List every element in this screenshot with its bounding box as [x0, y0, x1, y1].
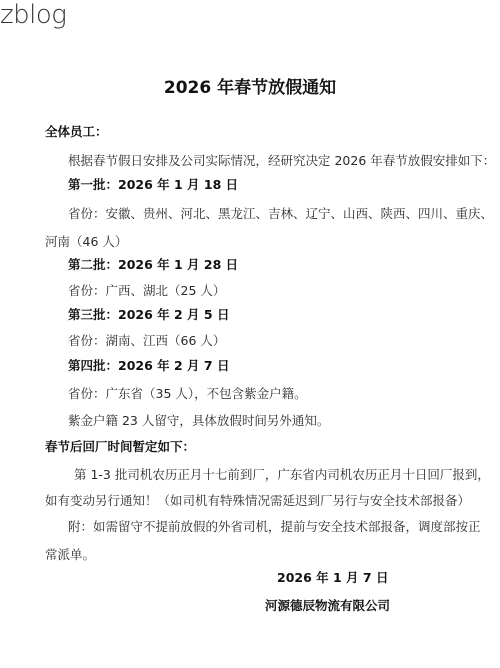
salutation: 全体员工： [45, 123, 108, 141]
signature-date: 2026 年 1 月 7 日 [277, 569, 388, 587]
document-title: 2026 年春节放假通知 [0, 76, 500, 100]
appendix-line1: 附：如需留守不提前放假的外省司机，提前与安全技术部报备，调度部按正 [68, 518, 481, 536]
batch-3-provinces: 省份：湖南、江西（66 人） [68, 332, 225, 350]
batch-1-heading: 第一批：2026 年 1 月 18 日 [68, 176, 238, 194]
batch-4-heading: 第四批：2026 年 2 月 7 日 [68, 357, 229, 375]
batch-2-provinces: 省份：广西、湖北（25 人） [68, 282, 225, 300]
batch-1-provinces: 省份：安徽、贵州、河北、黑龙江、吉林、辽宁、山西、陕西、四川、重庆、 [68, 205, 493, 223]
intro-paragraph: 根据春节假日安排及公司实际情况，经研究决定 2026 年春节放假安排如下： [68, 152, 495, 170]
return-heading: 春节后回厂时间暂定如下： [45, 438, 195, 456]
return-paragraph-line2: 如有变动另行通知！（如司机有特殊情况需延迟到厂另行与安全技术部报备） [45, 492, 470, 510]
appendix-line2: 常派单。 [45, 546, 95, 564]
batch-1-provinces-cont: 河南（46 人） [45, 233, 127, 251]
batch-3-heading: 第三批：2026 年 2 月 5 日 [68, 306, 229, 324]
return-paragraph-line1: 第 1-3 批司机农历正月十七前到厂，广东省内司机农历正月十日回厂报到， [74, 466, 490, 484]
signature-company: 河源德辰物流有限公司 [265, 597, 390, 615]
batch-4-provinces: 省份：广东省（35 人），不包含紫金户籍。 [68, 385, 307, 403]
zijin-note: 紫金户籍 23 人留守，具体放假时间另外通知。 [68, 412, 329, 430]
notice-document: 2026 年春节放假通知 全体员工： 根据春节假日安排及公司实际情况，经研究决定… [0, 0, 500, 668]
batch-2-heading: 第二批：2026 年 1 月 28 日 [68, 256, 238, 274]
